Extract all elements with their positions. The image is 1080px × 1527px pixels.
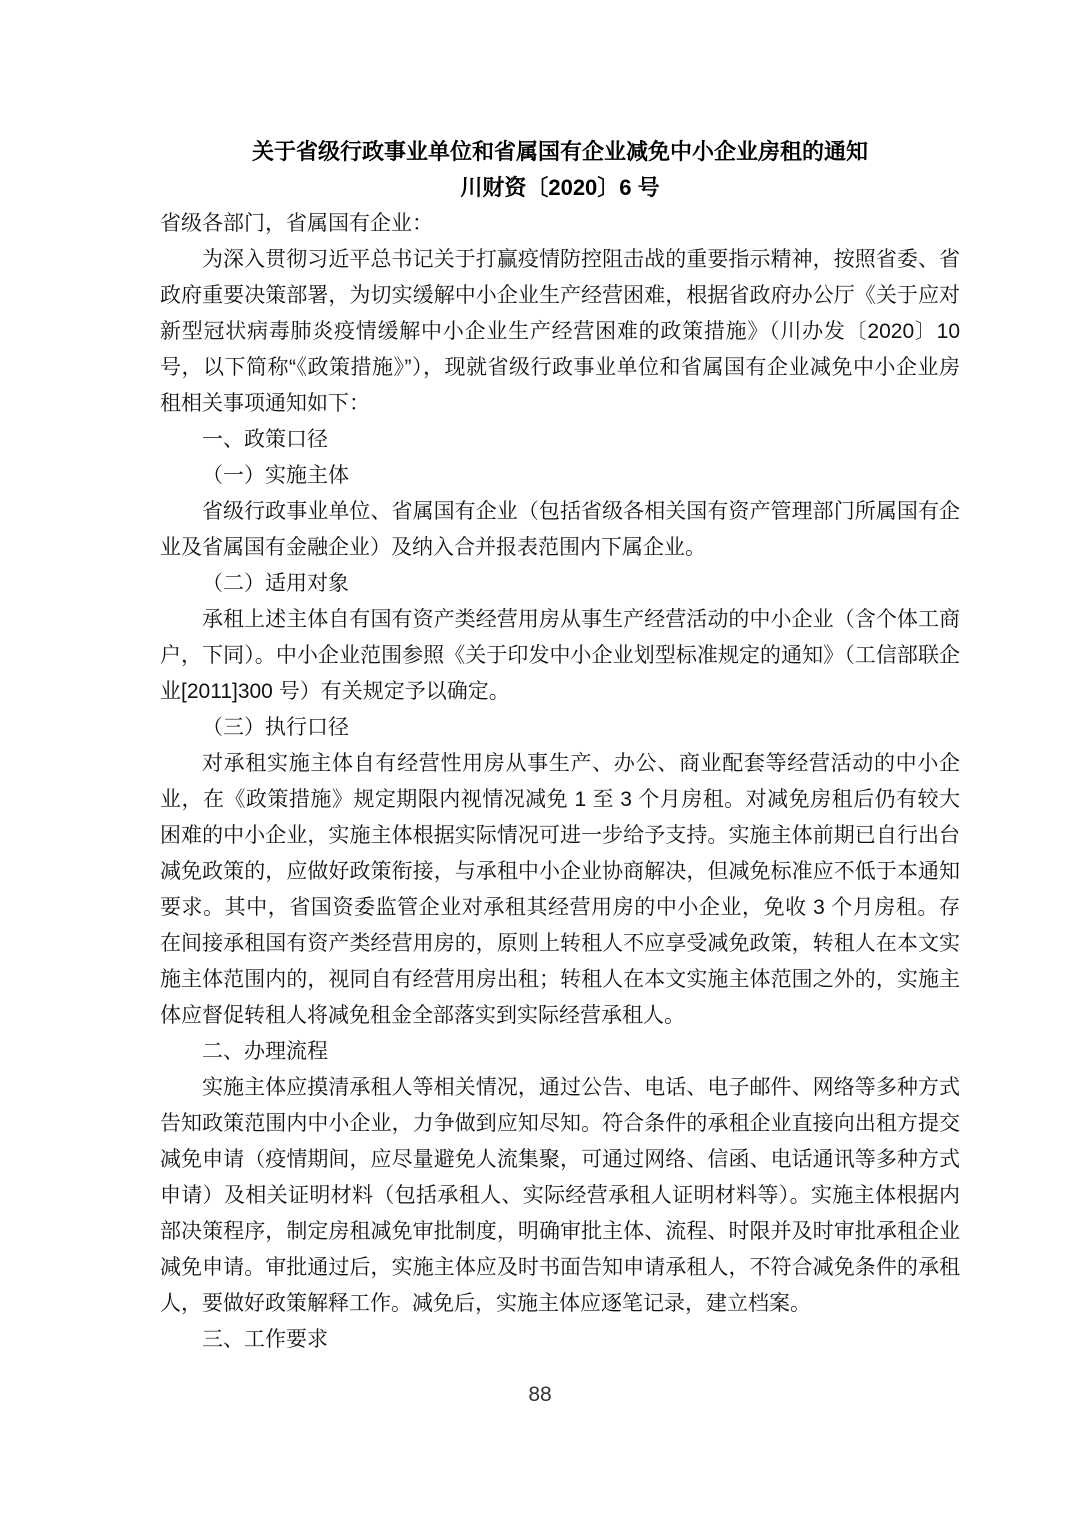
paragraph-applicable-targets: 承租上述主体自有国有资产类经营用房从事生产经营活动的中小企业（含个体工商户，下同… — [160, 602, 960, 710]
salutation: 省级各部门，省属国有企业： — [160, 206, 960, 242]
paragraph-implementing-entities: 省级行政事业单位、省属国有企业（包括省级各相关国有资产管理部门所属国有企业及省属… — [160, 494, 960, 566]
subsection-heading-1-1: （一）实施主体 — [160, 458, 960, 494]
doc-title: 关于省级行政事业单位和省属国有企业减免中小企业房租的通知 — [160, 134, 960, 170]
document-page: 关于省级行政事业单位和省属国有企业减免中小企业房租的通知 川财资〔2020〕6 … — [0, 0, 1080, 1527]
document-body: 关于省级行政事业单位和省属国有企业减免中小企业房租的通知 川财资〔2020〕6 … — [160, 134, 960, 1358]
section-heading-1: 一、政策口径 — [160, 422, 960, 458]
doc-number: 川财资〔2020〕6 号 — [160, 170, 960, 206]
intro-paragraph: 为深入贯彻习近平总书记关于打赢疫情防控阻击战的重要指示精神，按照省委、省政府重要… — [160, 242, 960, 422]
paragraph-execution-scope: 对承租实施主体自有经营性用房从事生产、办公、商业配套等经营活动的中小企业，在《政… — [160, 746, 960, 1034]
paragraph-process: 实施主体应摸清承租人等相关情况，通过公告、电话、电子邮件、网络等多种方式告知政策… — [160, 1070, 960, 1322]
subsection-heading-1-2: （二）适用对象 — [160, 566, 960, 602]
section-heading-2: 二、办理流程 — [160, 1034, 960, 1070]
page-number: 88 — [0, 1380, 1080, 1410]
subsection-heading-1-3: （三）执行口径 — [160, 710, 960, 746]
section-heading-3: 三、工作要求 — [160, 1322, 960, 1358]
